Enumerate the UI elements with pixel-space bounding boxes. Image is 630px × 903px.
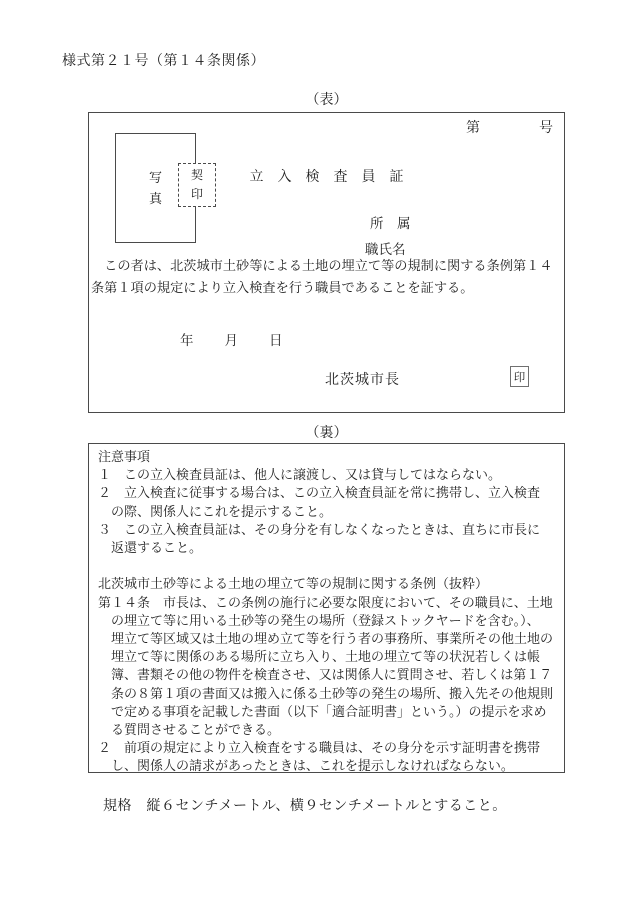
serial-number-row: 第 号	[466, 117, 553, 137]
form-number-heading: 様式第２１号（第１４条関係）	[62, 50, 265, 70]
text-line: この者は、北茨城市土砂等による土地の埋立て等の規制に関する条例第１４	[91, 255, 564, 277]
month-label: 月	[225, 329, 239, 349]
text-line: ２ 立入検査に従事する場合は、この立入検査員証を常に携帯し、立入検査	[98, 484, 557, 502]
affiliation-label: 所 属	[370, 212, 411, 232]
text-line: 埋立て等に関係のある場所に立ち入り、土地の埋立て等の状況若しくは帳	[98, 648, 557, 666]
text-line: 簿、書類その他の物件を検査させ、又は関係人に質問させ、若しくは第１７	[98, 666, 557, 684]
text-line: の際、関係人にこれを提示すること。	[98, 503, 557, 521]
back-card: 注意事項 １ この立入検査員証は、他人に譲渡し、又は貸与してはならない。２ 立入…	[88, 443, 565, 773]
date-line: 年 月 日	[180, 329, 283, 349]
back-side-label: （裏）	[88, 422, 565, 442]
ordinance-excerpt-text: 第１４条 市長は、この条例の施行に必要な限度において、その職員に、土地 の埋立て…	[98, 594, 557, 776]
mayor-signature-label: 北茨城市長	[325, 369, 400, 389]
text-line: ３ この立入検査員証は、その身分を有しなくなったときは、直ちに市長に	[98, 521, 557, 539]
notes-heading: 注意事項	[98, 448, 557, 466]
size-spec-note: 規格 縦６センチメートル、横９センチメートルとすること。	[103, 795, 507, 815]
text-line: ２ 前項の規定により立入検査をする職員は、その身分を示す証明書を携帯	[98, 739, 557, 757]
text-line: る質問させることができる。	[98, 721, 557, 739]
certification-text: この者は、北茨城市土砂等による土地の埋立て等の規制に関する条例第１４条第１項の規…	[91, 255, 564, 299]
front-side-label: （表）	[88, 89, 565, 109]
text-line: １ この立入検査員証は、他人に譲渡し、又は貸与してはならない。	[98, 466, 557, 484]
notes-list: １ この立入検査員証は、他人に譲渡し、又は貸与してはならない。２ 立入検査に従事…	[98, 466, 557, 557]
ordinance-excerpt-title: 北茨城市土砂等による土地の埋立て等の規制に関する条例（抜粋）	[98, 575, 557, 593]
text-line: 埋立て等区域又は土地の埋め立て等を行う者の事務所、事業所その他土地の	[98, 630, 557, 648]
document-page: 様式第２１号（第１４条関係） （表） 第 号 写真 契印 立 入 検 査 員 証…	[0, 0, 630, 903]
text-line: 条の８第１項の書面又は搬入に係る土砂等の発生の場所、搬入先その他規則	[98, 685, 557, 703]
text-line: の埋立て等に用いる土砂等の発生の場所（登録ストックヤードを含む。）、	[98, 612, 557, 630]
front-card: 第 号 写真 契印 立 入 検 査 員 証 所 属 職氏名 この者は、北茨城市土…	[88, 112, 565, 413]
seal-mark: 印	[510, 366, 529, 387]
text-line: で定める事項を記載した書面（以下「適合証明書」という。）の提示を求め	[98, 703, 557, 721]
day-label: 日	[269, 329, 283, 349]
serial-suffix-label: 号	[539, 117, 553, 137]
text-line: 第１４条 市長は、この条例の施行に必要な限度において、その職員に、土地	[98, 594, 557, 612]
card-title: 立 入 検 査 員 証	[89, 166, 564, 186]
year-label: 年	[180, 329, 194, 349]
text-line: 返還すること。	[98, 539, 557, 557]
text-line: 条第１項の規定により立入検査を行う職員であることを証する。	[91, 277, 564, 299]
serial-prefix-label: 第	[466, 117, 480, 137]
blank-line	[98, 557, 557, 575]
text-line: し、関係人の請求があったときは、これを提示しなければならない。	[98, 757, 557, 775]
